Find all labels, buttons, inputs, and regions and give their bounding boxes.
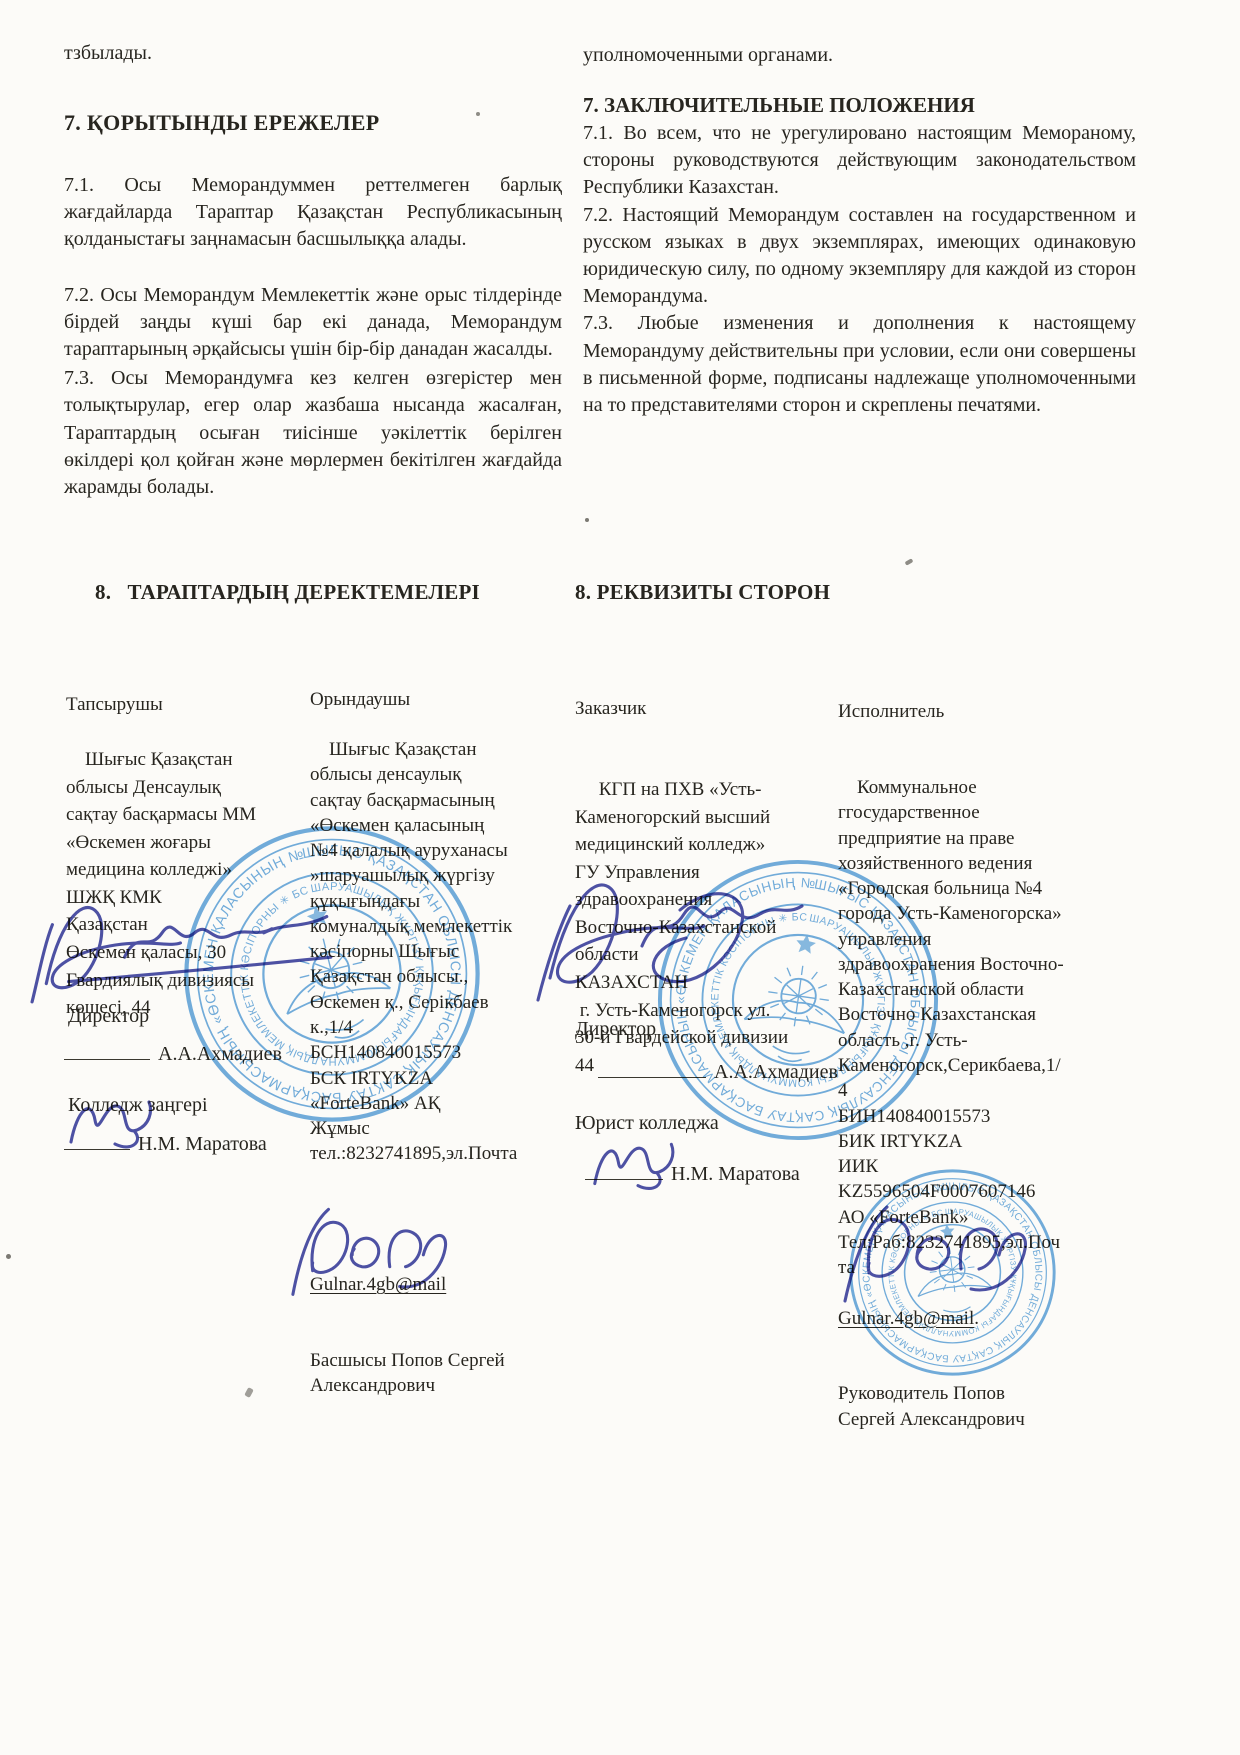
section7-ru-column: уполномоченными органами. 7. ЗАКЛЮЧИТЕЛЬ… xyxy=(583,44,1136,419)
scan-speck xyxy=(6,1254,11,1259)
party2-details: Шығыс Қазақстан облысы денсаулық сақтау … xyxy=(310,739,517,1164)
party4-head: Руководитель Попов Сергей Александрович xyxy=(838,1381,1138,1432)
party3-officer2-name: Н.М. Маратова xyxy=(671,1163,800,1185)
signature-line xyxy=(64,1040,150,1060)
party4-requisites: Исполнитель Коммунальное ггосударственно… xyxy=(838,648,1138,1483)
party3-officer1-signrow: А.А.Ахмадиев xyxy=(598,1058,838,1084)
scan-speck xyxy=(905,558,914,565)
section7-kk-paragraph-73: 7.3. Осы Меморандумға кез келген өзгеріс… xyxy=(64,365,562,501)
party1-officer2-title: Колледж заңгері xyxy=(68,1094,208,1117)
scan-speck xyxy=(476,112,480,116)
party1-details: Шығыс Қазақстан облысы Денсаулық сақтау … xyxy=(66,749,256,1018)
section7-ru-paragraph-73: 7.3. Любые изменения и дополнения к наст… xyxy=(583,310,1136,419)
section7-kk-paragraph-72: 7.2. Осы Меморандум Мемлекеттік және оры… xyxy=(64,282,562,364)
party1-role: Тапсырушы xyxy=(66,691,306,719)
party3-officer2-signrow: Н.М. Маратова xyxy=(585,1160,800,1186)
section7-kk-heading: 7. ҚОРЫТЫНДЫ ЕРЕЖЕЛЕР xyxy=(64,110,562,136)
section8-kk-heading: 8. ТАРАПТАРДЫҢ ДЕРЕКТЕМЕЛЕРІ xyxy=(95,580,480,605)
scanned-memorandum-page: тзбылады. 7. ҚОРЫТЫНДЫ ЕРЕЖЕЛЕР 7.1. Осы… xyxy=(0,0,1240,1755)
section7-kk-column: 7. ҚОРЫТЫНДЫ ЕРЕЖЕЛЕР 7.1. Осы Меморанду… xyxy=(64,110,562,501)
party3-officer2-title: Юрист колледжа xyxy=(575,1112,719,1135)
top-left-fragment: тзбылады. xyxy=(64,42,152,65)
section7-ru-paragraph-72: 7.2. Настоящий Меморандум составлен на г… xyxy=(583,202,1136,311)
party4-email-row: Gulnar.4gb@mail. xyxy=(838,1306,1138,1331)
party4-role: Исполнитель xyxy=(838,699,1138,724)
party2-requisites: Орындаушы Шығыс Қазақстан облысы денсаул… xyxy=(310,636,565,1449)
signature-line xyxy=(64,1130,130,1150)
section8-ru-heading: 8. РЕКВИЗИТЫ СТОРОН xyxy=(575,580,830,605)
party2-email: Gulnar.4gb@mail xyxy=(310,1272,565,1297)
party4-details: Коммунальное ггосударственное предприяти… xyxy=(838,777,1064,1278)
party2-role: Орындаушы xyxy=(310,687,565,712)
scan-speck xyxy=(585,518,589,522)
party4-email: Gulnar.4gb@mail xyxy=(838,1308,974,1329)
party3-role: Заказчик xyxy=(575,695,837,723)
top-right-fragment: уполномоченными органами. xyxy=(583,44,1136,67)
party1-officer2-signrow: Н.М. Маратова xyxy=(64,1130,267,1156)
signature-line xyxy=(598,1058,706,1078)
spacer xyxy=(310,1192,565,1222)
party1-officer1-signrow: А.А.Ахмадиев xyxy=(64,1040,282,1066)
party3-officer1-title: Директор xyxy=(575,1018,656,1041)
section7-ru-heading: 7. ЗАКЛЮЧИТЕЛЬНЫЕ ПОЛОЖЕНИЯ xyxy=(583,93,1136,118)
party4-email-dot: . xyxy=(974,1308,979,1329)
signature-line xyxy=(585,1160,663,1180)
party1-requisites: Тапсырушы Шығыс Қазақстан облысы Денсаул… xyxy=(66,636,306,1049)
party3-officer1-name: А.А.Ахмадиев xyxy=(714,1061,838,1083)
section7-ru-paragraph-71: 7.1. Во всем, что не урегулировано насто… xyxy=(583,120,1136,202)
party2-head: Басшысы Попов Сергей Александрович xyxy=(310,1348,565,1399)
scan-speck xyxy=(244,1387,254,1398)
party1-officer1-name: А.А.Ахмадиев xyxy=(158,1043,282,1065)
section7-kk-paragraph-71: 7.1. Осы Меморандуммен реттелмеген барлы… xyxy=(64,172,562,254)
party1-officer2-name: Н.М. Маратова xyxy=(138,1133,267,1155)
party1-officer1-title: Директор xyxy=(68,1005,149,1028)
